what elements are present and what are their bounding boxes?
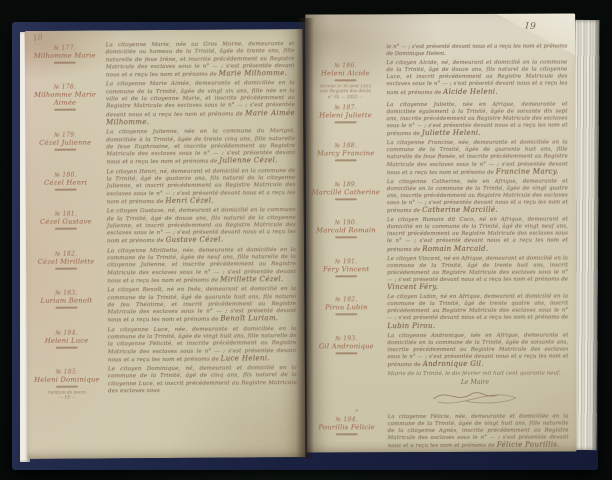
- entry-body: Le citoyen Vincent, né en Afrique, demeu…: [387, 255, 568, 292]
- entry-body: La citoyenne Francine, née, demeurante e…: [387, 140, 568, 177]
- register-entry: № 191. Féry Vincent Le citoyen Vincent, …: [310, 255, 568, 292]
- register-entry: № 184. Heleni Luce La citoyenne Luce, né…: [31, 326, 297, 365]
- entry-body: Le citoyen Alcide, né, demeurant et domi…: [386, 60, 567, 100]
- entry-margin-column: № 177. Milhomme Marie: [29, 42, 101, 80]
- entry-body: La citoyenne Juliette, née en Afrique, d…: [387, 101, 568, 138]
- register-entry: № 179. Cézel Julienne La citoyenne Julie…: [29, 128, 295, 167]
- entry-new-name: Luce Heleni.: [221, 354, 270, 362]
- entry-margin-name: Heleni Alcide: [309, 69, 381, 77]
- entry-margin-name: Marcy Francine: [310, 149, 382, 157]
- margin-underline: [335, 236, 357, 238]
- entry-margin-column: № 192. Pirou Lubin: [310, 294, 382, 331]
- entry-margin-column: № 180. Cézel Henri: [29, 169, 101, 207]
- left-page-entries: № 177. Milhomme Marie La citoyenne Marie…: [29, 41, 298, 455]
- register-entry: № 180. Cézel Henri Le citoyen Henri, né,…: [29, 168, 295, 207]
- margin-underline: [55, 307, 77, 309]
- entry-new-name: Lubin Pirou.: [387, 322, 435, 330]
- entry-margin-name: Marcillé Catherine: [310, 188, 382, 196]
- register-entry: № 182. Cézel Mirillette La citoyenne Mir…: [30, 247, 296, 286]
- margin-mark: ∗: [355, 408, 569, 415]
- register-entry: № 187. Heleni Juliette La citoyenne Juli…: [310, 101, 568, 138]
- margin-underline: [335, 313, 357, 315]
- margin-underline: [54, 109, 76, 111]
- entry-body: La citoyenne Andronique, née en Afrique,…: [387, 332, 568, 369]
- margin-underline: [335, 275, 357, 277]
- entry-new-name: Vincent Féry.: [387, 283, 438, 291]
- entry-margin-name: Milhomme Marie: [29, 51, 101, 60]
- entry-new-name: Benoît Luriam.: [220, 315, 278, 323]
- folio-number-right: 19: [524, 21, 536, 32]
- entry-margin-column: № 190. Marcald Romain: [310, 217, 382, 254]
- entry-new-name: Gustave Cézel.: [166, 236, 224, 244]
- entry-margin-name: Pirou Lubin: [310, 303, 382, 311]
- register-entry: № 183. Luriam Benoît Le citoyen Benoît, …: [30, 286, 296, 325]
- entry-margin-column: № 186. Heleni Alcide Décédé le 30 août 1…: [309, 60, 381, 100]
- entry-new-name: Mirillette Cézel.: [220, 275, 283, 283]
- margin-underline: [55, 188, 77, 190]
- entry-new-name: Henri Cézel.: [165, 197, 214, 205]
- entry-margin-name: Gil Andronique: [310, 342, 382, 350]
- entry-body: La citoyenne Catherine, née en Afrique, …: [387, 178, 568, 215]
- entry-body-text: Le citoyen Lubin, né en Afrique, demeura…: [387, 294, 568, 322]
- entry-margin-column: № 179. Cézel Julienne: [29, 130, 101, 168]
- entry-margin-name: Cézel Gustave: [30, 218, 102, 227]
- entry-margin-column: № 182. Cézel Mirillette: [30, 248, 102, 286]
- entry-margin-column: № 183. Luriam Benoît: [30, 288, 102, 326]
- entry-new-name: Romain Marcald.: [422, 244, 488, 252]
- left-page: 18 № 177. Milhomme Marie La citoyenne Ma…: [25, 29, 306, 459]
- register-entry: № 194. Pourillis Félicie La citoyenne Fé…: [311, 414, 569, 451]
- entry-margin-column: № 187. Heleni Juliette: [310, 102, 382, 139]
- entry-margin-name: Heleni Luce: [31, 336, 103, 345]
- entry-body-text: Le citoyen Dominique, né, demeurant et d…: [108, 365, 297, 394]
- entry-margin-name: Pourillis Félicie: [311, 423, 383, 431]
- entry-margin-column: № 181. Cézel Gustave: [30, 209, 102, 247]
- entry-margin-name: Féry Vincent: [310, 265, 382, 273]
- entry-body: La citoyenne Mirillette, née, demeurante…: [107, 247, 296, 286]
- entry-body: La citoyenne Marie Aimée, demeurante et …: [106, 81, 295, 128]
- entry-margin-column: № 188. Marcy Francine: [310, 140, 382, 177]
- entry-new-name: Francine Marcy.: [496, 167, 559, 175]
- mayor-signature-flourish: [427, 386, 523, 406]
- register-entry: № 181. Cézel Gustave Le citoyen Gustave,…: [30, 207, 296, 246]
- entry-margin-name: Heleni Dominique: [31, 376, 103, 385]
- entry-body: Le citoyen Gustave, né, demeurant et dom…: [107, 207, 296, 246]
- right-page-entries: le n° — ; s'est présenté devant nous et …: [309, 44, 568, 449]
- register-entry: № 189. Marcillé Catherine La citoyenne C…: [310, 178, 568, 215]
- entry-margin-name: Cézel Mirillette: [30, 257, 102, 266]
- archival-scan-background: 18 № 177. Milhomme Marie La citoyenne Ma…: [0, 0, 612, 480]
- entry-margin-column: № 178. Milhomme Marie Aimée: [29, 82, 101, 128]
- entry-margin-column: № 184. Heleni Luce: [31, 327, 103, 365]
- entry-margin-column: № 193. Gil Andronique: [310, 333, 382, 370]
- register-entry: № 193. Gil Andronique La citoyenne Andro…: [310, 332, 568, 369]
- register-entry: № 186. Heleni Alcide Décédé le 30 août 1…: [309, 60, 567, 101]
- margin-underline: [335, 121, 357, 123]
- entry-new-name: Juliette Heleni.: [422, 129, 481, 137]
- entry-body: La citoyenne Marie, née au Gros Morne, d…: [106, 41, 295, 80]
- entry-body: Le citoyen Benoît, né en Inde, demeurant…: [107, 286, 296, 325]
- right-entries-group-a: № 186. Heleni Alcide Décédé le 30 août 1…: [309, 60, 568, 370]
- entry-body: Le citoyen Lubin, né en Afrique, demeura…: [387, 294, 568, 331]
- entry-margin-name: Milhomme Marie Aimée: [29, 91, 101, 108]
- closing-block: Mairie de la Trinité, le dix février mil…: [387, 371, 562, 407]
- margin-underline: [334, 79, 356, 81]
- entry-new-name: Alcide Heleni.: [443, 87, 498, 95]
- entry-new-name: Marie Milhomme.: [219, 69, 288, 77]
- entry-body: La citoyenne Julienne, née en la commune…: [106, 128, 295, 167]
- margin-underline: [56, 346, 78, 348]
- entry-margin-column: № 191. Féry Vincent: [310, 256, 382, 293]
- register-entry: № 177. Milhomme Marie La citoyenne Marie…: [29, 41, 295, 80]
- closing-signer-title: Le Maire: [388, 379, 563, 387]
- entry-body-text: Le citoyen Vincent, né en Afrique, demeu…: [387, 255, 568, 283]
- margin-underline: [54, 62, 76, 64]
- entry-margin-name: Marcald Romain: [310, 226, 382, 234]
- margin-note: Décédé le 30 août 1852 voir Registre des…: [309, 84, 381, 100]
- entry-continuation-text: le n° — ; s'est présenté devant nous et …: [386, 44, 567, 59]
- register-entry: № 190. Marcald Romain Le citoyen Romain …: [310, 217, 568, 254]
- closing-place-date: Mairie de la Trinité, le dix février mil…: [387, 371, 562, 379]
- register-entry: № 185. Heleni Dominique mention de décès…: [31, 365, 297, 401]
- entry-body: Le citoyen Dominique, né, demeurant et d…: [108, 365, 297, 401]
- entry-body: La citoyenne Luce, née, demeurante et do…: [108, 326, 297, 365]
- margin-underline: [54, 149, 76, 151]
- entry-new-name: Catherine Marcillé.: [422, 206, 498, 214]
- entry-margin-column: № 194. Pourillis Félicie: [311, 414, 383, 451]
- register-entry: № 188. Marcy Francine La citoyenne Franc…: [310, 140, 568, 177]
- folio-number-left: 18: [32, 32, 44, 43]
- entry-margin-name: Heleni Juliette: [310, 111, 382, 119]
- register-entry: № 192. Pirou Lubin Le citoyen Lubin, né …: [310, 294, 568, 331]
- page-edges-right: [572, 20, 599, 450]
- entry-new-name: Julienne Cézel.: [219, 157, 277, 165]
- margin-underline: [336, 433, 358, 435]
- entry-body: Le citoyen Romain dit Coco, né en Afriqu…: [387, 217, 568, 254]
- entry-margin-name: Luriam Benoît: [30, 297, 102, 306]
- entry-body: La citoyenne Félicie, née, demeurante et…: [388, 414, 569, 451]
- entry-new-name: Félicie Pourillis.: [497, 441, 560, 449]
- margin-note: mention de décès — 19 —: [31, 391, 103, 402]
- entry-margin-column: № 189. Marcillé Catherine: [310, 179, 382, 216]
- margin-underline: [335, 198, 357, 200]
- entry-margin-name: Cézel Julienne: [29, 139, 101, 148]
- entry-new-name: Andronique Gil.: [423, 360, 484, 368]
- margin-underline: [55, 228, 77, 230]
- margin-underline: [335, 160, 357, 162]
- entry-body: Le citoyen Henri, né, demeurant et domic…: [106, 168, 295, 207]
- margin-underline: [56, 386, 78, 388]
- right-entries-group-b: № 194. Pourillis Félicie La citoyenne Fé…: [311, 414, 569, 451]
- entry-margin-column: № 185. Heleni Dominique mention de décès…: [31, 367, 103, 402]
- right-page: 19 le n° — ; s'est présenté devant nous …: [305, 14, 577, 453]
- entry-margin-name: Cézel Henri: [30, 178, 102, 187]
- register-entry: № 178. Milhomme Marie Aimée La citoyenne…: [29, 81, 295, 129]
- margin-underline: [55, 267, 77, 269]
- margin-underline: [335, 352, 357, 354]
